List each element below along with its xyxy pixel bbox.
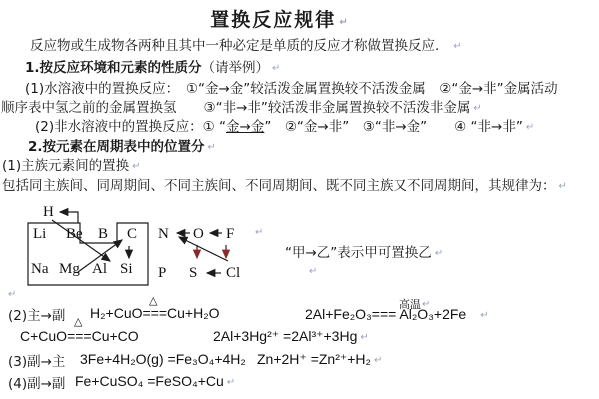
paragraph-mark-icon: ↵ <box>272 63 280 74</box>
equation-c-cuo: C+CuO===Cu+CO <box>20 328 139 344</box>
section2-desc: 包括同主族间、同周期间、不同主族间、不同周期间、既不同主族又不同周期间，其规律为… <box>2 178 567 195</box>
equation-h2-cuo: H₂+CuO===Cu+H₂O <box>90 305 220 321</box>
element-s: S <box>189 265 197 282</box>
paragraph-mark-icon: ↵ <box>132 161 140 172</box>
equation-al-hg: 2Al+3Hg²⁺ =2Al³⁺+3Hg↵ <box>213 328 369 345</box>
equation-al-hg-text: 2Al+3Hg²⁺ =2Al³⁺+3Hg <box>213 328 357 344</box>
diagram-legend-text: “甲→乙”表示甲可置换乙 <box>285 245 432 261</box>
delta-condition-icon: △ <box>74 315 82 328</box>
paragraph-mark-icon: ↵ <box>227 377 235 388</box>
element-c: C <box>127 226 137 243</box>
element-h: H <box>43 204 54 221</box>
equation-label-3: (3)副→主 <box>8 350 65 370</box>
section2-heading: 2.按元素在周期表中的位置分↵ <box>28 139 216 156</box>
section2-sub1: (1)主族元素间的置换↵ <box>2 158 141 175</box>
element-mg: Mg <box>59 261 80 278</box>
equation-fe-cuso4: Fe+CuSO₄ =FeSO₄+Cu↵ <box>75 373 235 389</box>
equation-zn-h: Zn+2H⁺ =Zn²⁺+H₂↵ <box>257 351 382 368</box>
arrow-to-hydrogen <box>60 212 78 223</box>
equation-label-4: (4)副→副 <box>8 372 65 392</box>
equation-al-fe2o3-text: 2Al+Fe₂O₃=== Al₂O₃+2Fe <box>305 306 466 322</box>
element-b: B <box>98 226 108 243</box>
element-al: Al <box>92 261 107 278</box>
section1-heading-note: （请举例） <box>202 60 270 76</box>
diagram-legend: “甲→乙”表示甲可置换乙↵ <box>285 245 443 262</box>
equation-zn-h-text: Zn+2H⁺ =Zn²⁺+H₂ <box>257 351 371 367</box>
paragraph-mark-icon: ↵ <box>435 248 443 259</box>
element-o: O <box>193 226 204 243</box>
element-na: Na <box>31 261 49 278</box>
paragraph-mark-icon: ↵ <box>309 266 317 277</box>
element-cl: Cl <box>226 265 240 282</box>
paragraph-mark-icon: ↵ <box>526 122 534 133</box>
section1-heading-bold: 1.按反应环境和元素的性质分 <box>25 60 202 76</box>
element-n: N <box>158 226 169 243</box>
paragraph-mark-icon: ↵ <box>374 355 382 366</box>
paragraph-mark-icon: ↵ <box>473 103 481 114</box>
title-text: 置换反应规律 <box>210 9 336 31</box>
paragraph-mark-icon: ↵ <box>208 142 216 153</box>
section1-item2: (2)非水溶液中的置换反应：① “金→金” ②“金→非” ③“非→金” ④ “非… <box>35 119 534 136</box>
paragraph-mark-icon: ↵ <box>8 289 16 300</box>
section1-heading: 1.按反应环境和元素的性质分（请举例）↵ <box>25 60 280 77</box>
paragraph-mark-icon: ↵ <box>339 17 349 28</box>
section1-item1-line2: 顺序表中氢之前的金属置换氢 ③“非→非”较活泼非金属置换较不活泼非金属↵ <box>1 100 482 117</box>
paragraph-mark-icon: ↵ <box>453 41 461 52</box>
section1-item2-suffix: ” ②“金→非” ③“非→金” ④ “非→非” <box>264 119 523 135</box>
paragraph-mark-icon: ↵ <box>559 181 567 192</box>
section2-desc-text: 包括同主族间、同周期间、不同主族间、不同周期间、既不同主族又不同周期间，其规律为… <box>2 178 556 194</box>
section2-sub1-text: (1)主族元素间的置换 <box>2 158 129 174</box>
paragraph-mark-icon: ↵ <box>480 310 488 321</box>
document-page: 置换反应规律↵ 反应物或生成物各两种且其中一种必定是单质的反应才称做置换反应.↵… <box>0 0 599 399</box>
element-li: Li <box>33 226 46 243</box>
section1-item1-line1: (1)水溶液中的置换反应： ①“金→金”较活泼金属置换较不活泼金属 ②“金→非”… <box>25 81 558 98</box>
paragraph-mark-icon: ↵ <box>255 227 263 238</box>
equation-label-2: (2)主→副 <box>8 304 65 324</box>
element-p: P <box>158 265 166 282</box>
intro-paragraph: 反应物或生成物各两种且其中一种必定是单质的反应才称做置换反应.↵ <box>30 38 462 55</box>
element-be: Be <box>66 226 83 243</box>
element-f: F <box>226 226 234 243</box>
equation-fe-h2o: 3Fe+4H₂O(g) =Fe₃O₄+4H₂ <box>80 351 246 367</box>
intro-text: 反应物或生成物各两种且其中一种必定是单质的反应才称做置换反应. <box>30 38 439 54</box>
section2-heading-bold: 2.按元素在周期表中的位置分 <box>28 139 205 155</box>
section1-item2-underlined: 金→金 <box>226 119 264 135</box>
section1-item2-prefix: (2)非水溶液中的置换反应：① “ <box>35 119 226 135</box>
element-si: Si <box>120 261 133 278</box>
paragraph-mark-icon: ↵ <box>360 332 368 343</box>
section1-item1-line2-text: 顺序表中氢之前的金属置换氢 ③“非→非”较活泼非金属置换较不活泼非金属 <box>1 100 470 116</box>
equation-al-fe2o3: 2Al+Fe₂O₃=== Al₂O₃+2Fe↵ <box>305 306 489 322</box>
equation-fe-cuso4-text: Fe+CuSO₄ =FeSO₄+Cu <box>75 373 224 389</box>
page-title: 置换反应规律↵ <box>0 5 560 32</box>
